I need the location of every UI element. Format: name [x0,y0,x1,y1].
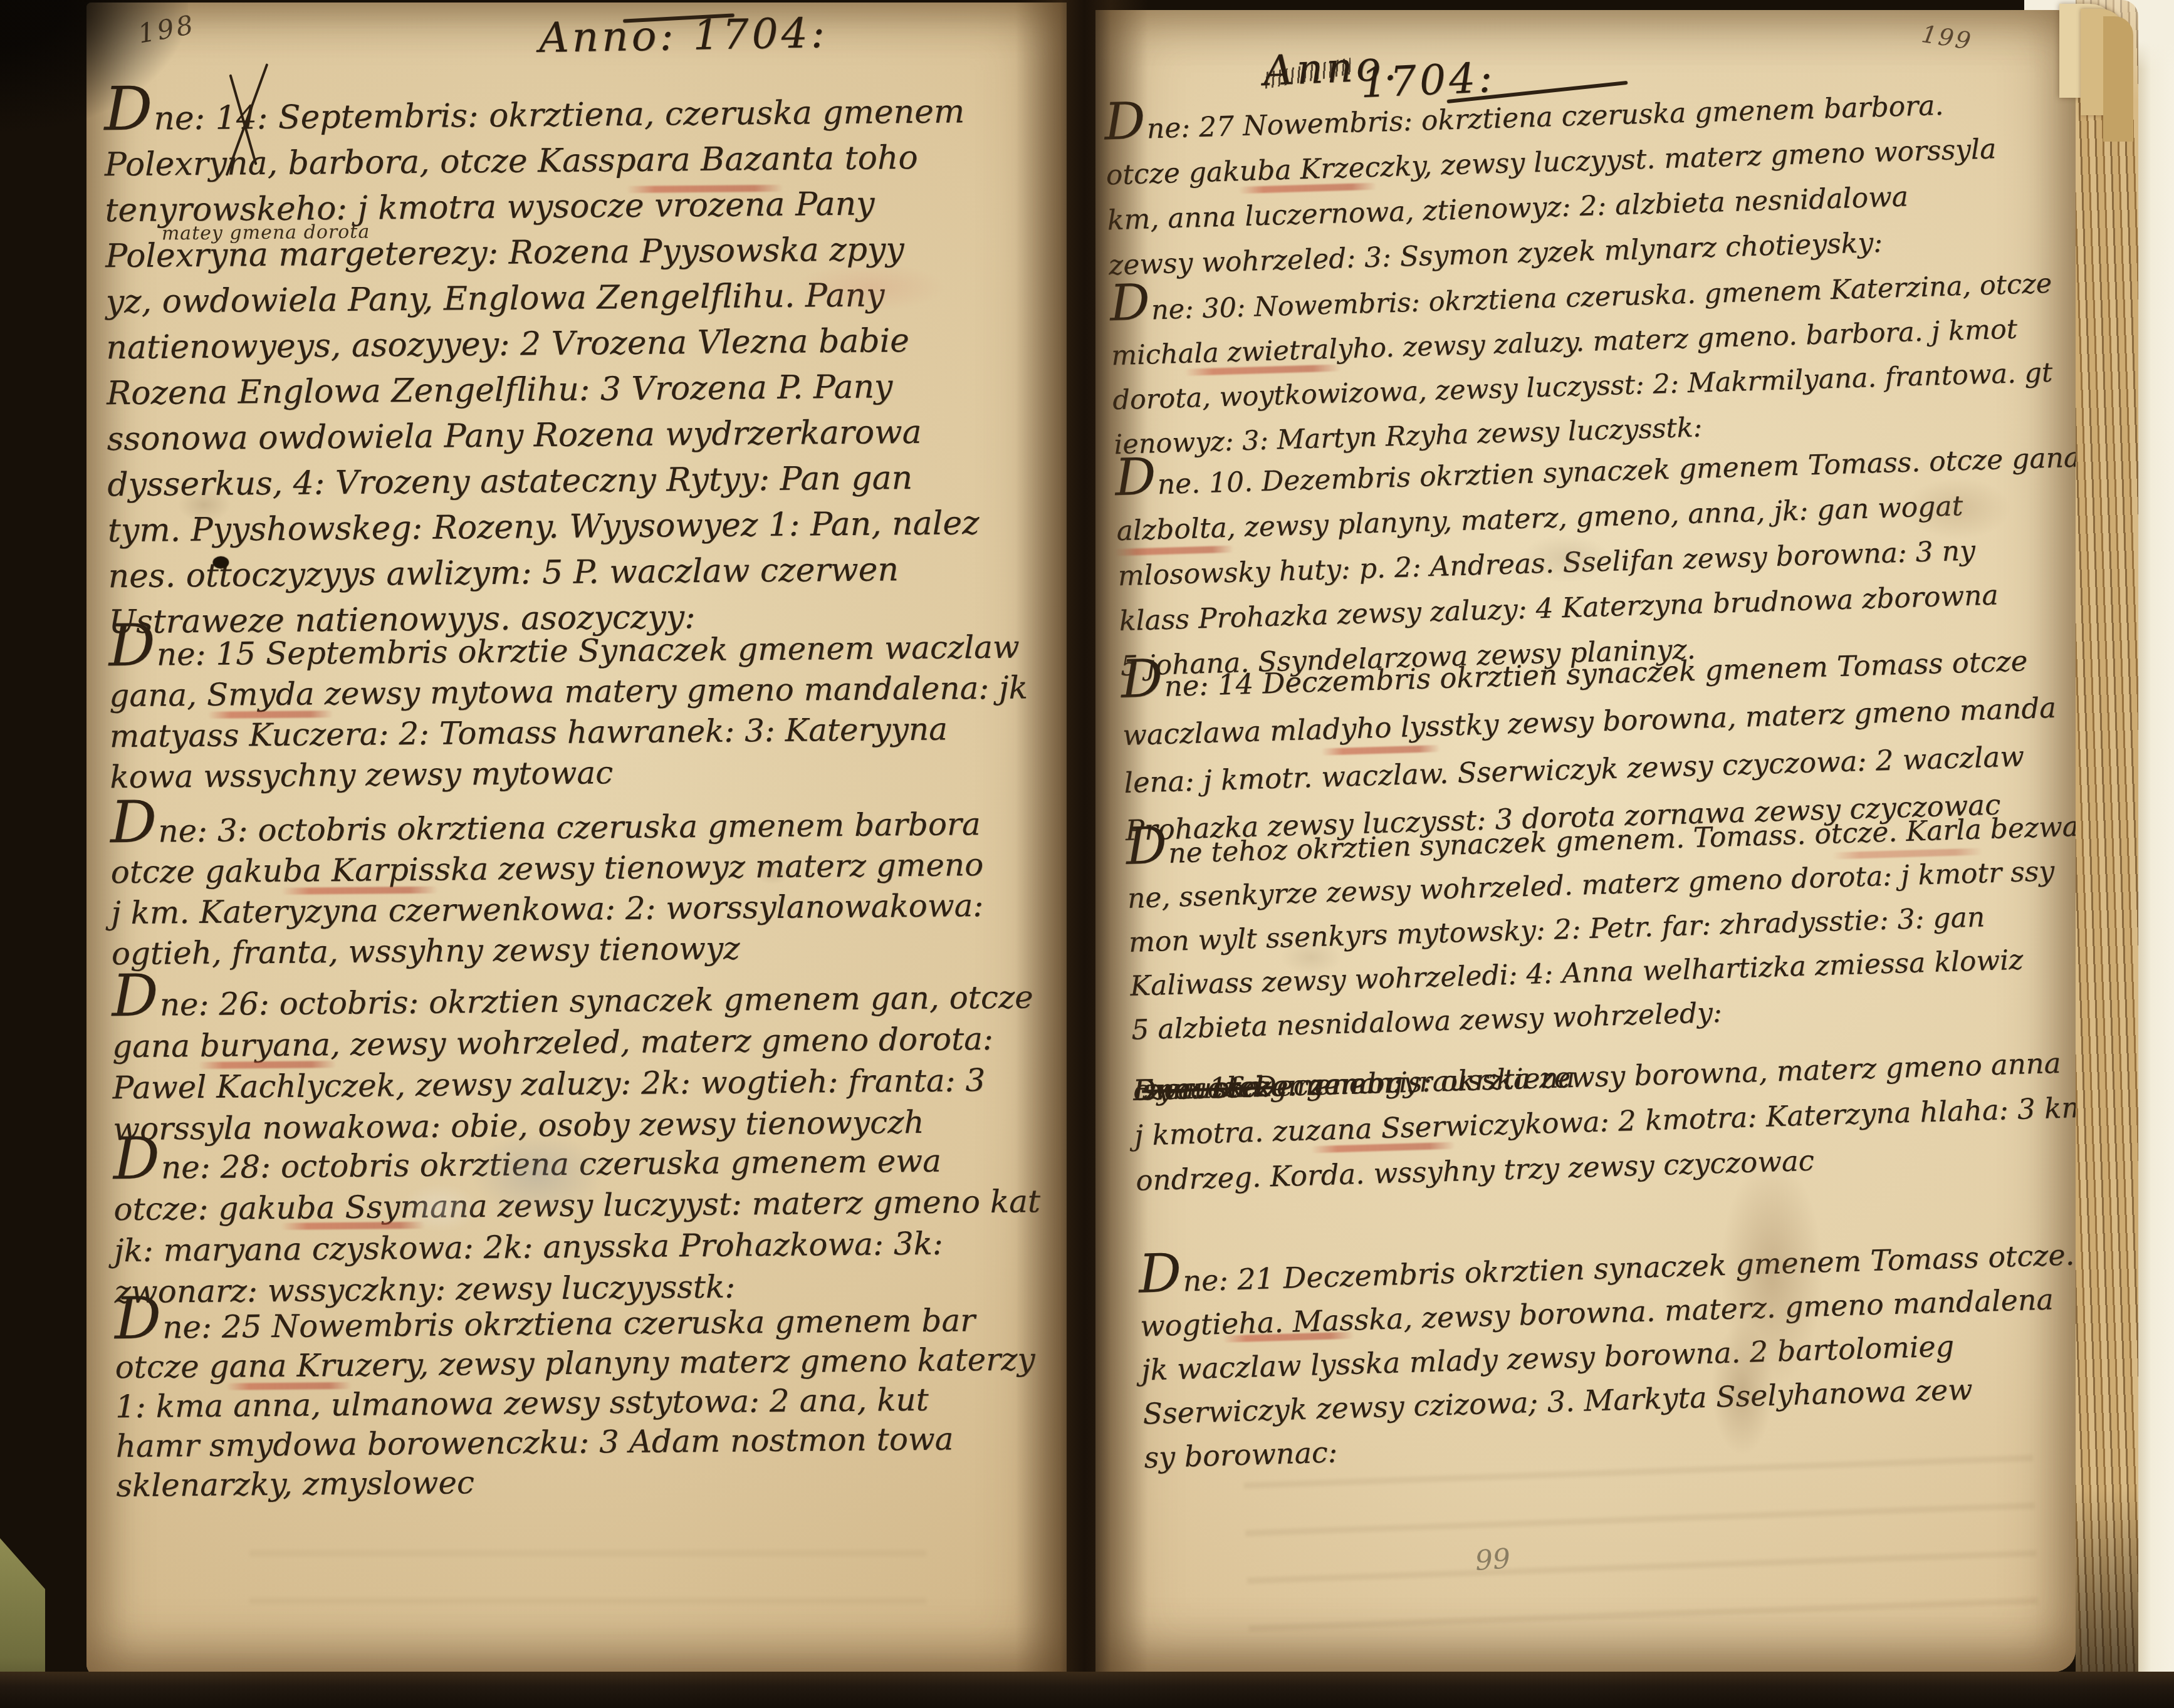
manuscript-line: Polexryna, barbora, otcze Kasspara Bazan… [105,135,976,188]
book-photo: 198 Anno: 1704: Dne: 14: Septembris: okr… [0,0,2174,1708]
corner-shadow [0,0,188,132]
register-entry: Dne: 30: Nowembris: okrztiena czeruska. … [1109,262,2056,467]
manuscript-line: kowa wssychny zewsy mytowac [110,749,1028,798]
interlinear-note: matey gmena dorota [162,221,370,245]
red-underline [198,1061,336,1069]
manuscript-line: nes. ottoczyzyys awlizym: 5 P. waczlaw c… [108,546,980,600]
bottom-cover [0,1672,2174,1708]
manuscript-line: jk: maryana czyskowa: 2k: anysska Prohaz… [114,1222,1041,1271]
handwriting-layer-right: Dne: 27 Nowembris: okrztiena czeruska gm… [1095,10,2076,1672]
strike-line-after: czeruska gmenem: [1132,1060,1403,1113]
manuscript-line: Dne: 3: octobris okrztiena czeruska gmen… [110,804,983,852]
page-corner-arc [2103,16,2133,142]
manuscript-line: j km. Kateryzyna czerwenkowa: 2: worssyl… [111,885,984,934]
register-entry: Dne: 3: octobris okrztiena czeruska gmen… [110,804,985,974]
red-underline [281,1222,426,1230]
red-underline [626,185,783,193]
manuscript-line: otcze gakuba Karpisska zewsy tienowyz ma… [110,845,983,893]
manuscript-line: Dne: 14: Septembris: okrztiena, czeruska… [104,89,976,142]
spine-page-edges [0,0,89,1708]
manuscript-line: ogtieh, franta, wssyhny zewsy tienowyz [112,926,985,974]
red-underline [226,1382,352,1390]
handwriting-layer-left: Dne: 14: Septembris: okrztiena, czeruska… [86,3,1067,1677]
manuscript-line: natienowyeys, asozyyey: 2 Vrozena Vlezna… [106,318,978,371]
register-entry: Dne: 28: octobris okrztiena czeruska gme… [113,1139,1042,1313]
register-entry: Dne: 27 Nowembris: okrztiena czeruska gm… [1104,81,2000,288]
register-entry: Dne: 21 Deczembris okrztien synaczek gme… [1138,1232,2076,1479]
manuscript-line: yz, owdowiela Pany, Englowa Zengelflihu.… [105,272,977,325]
manuscript-line: Rozena Englowa Zengelflihu: 3 Vrozena P.… [107,363,978,417]
manuscript-line: ssonowa owdowiela Pany Rozena wydrzerkar… [107,409,978,462]
left-page: 198 Anno: 1704: Dne: 14: Septembris: okr… [86,3,1067,1677]
manuscript-line: hamr smydowa borowenczku: 3 Adam nostmon… [115,1419,1036,1466]
red-underline [207,711,333,719]
register-entry: Dne: 25 Nowembris okrztiena czeruska gme… [115,1300,1037,1506]
register-entry: Dne tehoz okrztien synaczek gmenem. Toma… [1126,805,2076,1053]
register-entry: Dne: 16 Deczembris: okrztienasynaczekcze… [1132,1039,2076,1204]
red-underline [281,887,438,895]
register-entry: Dne: 14: Septembris: okrztiena, czeruska… [104,89,980,645]
scanner-background [2136,0,2174,1708]
gutter-shadow [1015,0,1148,1708]
pencil-folio-number: 99 [1474,1543,1511,1577]
manuscript-line: dysserkus, 4: Vrozeny astateczny Rytyy: … [107,455,979,508]
manuscript-line: tym. Pyyshowskeg: Rozeny. Wyysowyez 1: P… [108,501,980,554]
manuscript-line: sklenarzky, zmyslowec [116,1458,1037,1506]
ink-blot [212,556,229,569]
fore-edge-page-edges [2076,0,2138,1692]
right-page: 199 Anno.1704: Dne: 27 Nowembris: okrzti… [1095,10,2076,1672]
